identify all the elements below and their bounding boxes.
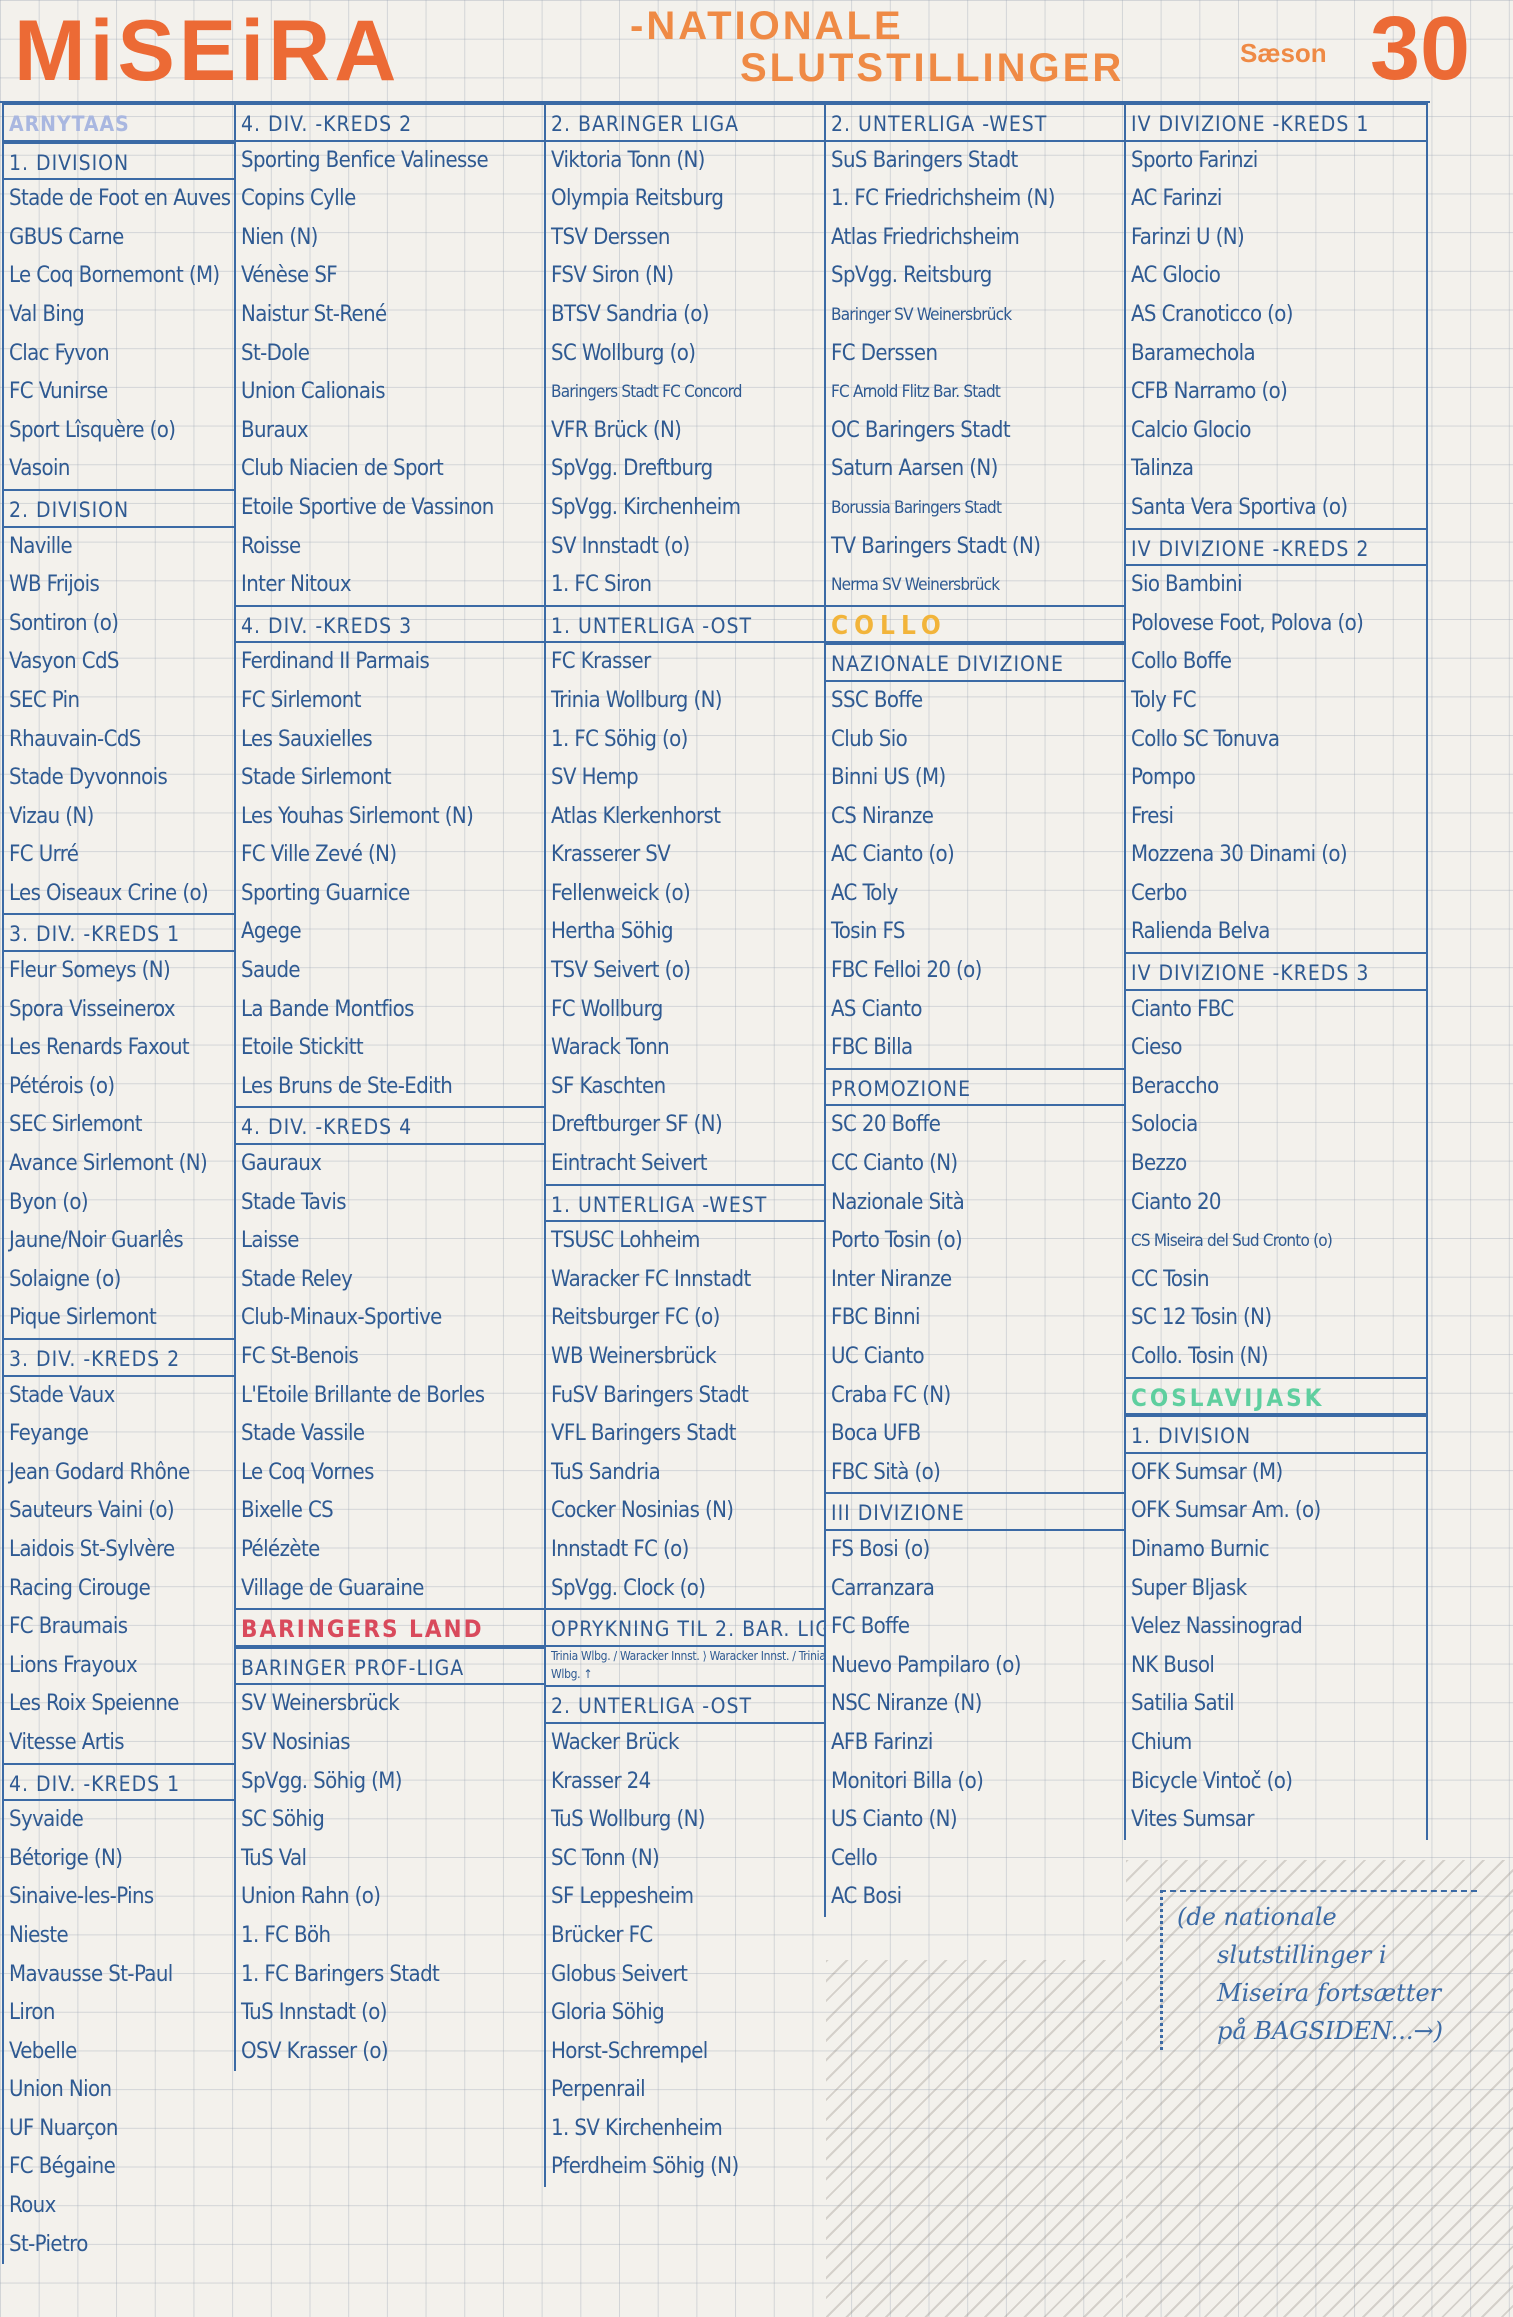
team-entry: Laisse <box>236 1222 546 1261</box>
team-entry: FC Wollburg <box>546 991 826 1030</box>
team-entry: CC Tosin <box>1126 1261 1426 1300</box>
standings-column-1: ARNYTAAS1. DIVISIONStade de Foot en Auve… <box>2 103 236 2264</box>
division-header: IV DIVIZIONE -KREDS 2 <box>1126 528 1426 567</box>
team-entry: Bezzo <box>1126 1145 1426 1184</box>
team-entry: 1. SV Kirchenheim <box>546 2110 826 2149</box>
team-entry: Fresi <box>1126 798 1426 837</box>
team-entry: Club Niacien de Sport <box>236 450 546 489</box>
team-entry: Byon (o) <box>4 1184 236 1223</box>
season-number: 30 <box>1370 4 1470 94</box>
footnote-line-1: (de nationale <box>1177 1898 1477 1936</box>
team-entry: Krasserer SV <box>546 836 826 875</box>
team-entry: SEC Pin <box>4 682 236 721</box>
team-entry: Collo SC Tonuva <box>1126 721 1426 760</box>
team-entry: Stade Dyvonnois <box>4 759 236 798</box>
team-entry: Nazionale Sità <box>826 1184 1126 1223</box>
team-entry: Val Bing <box>4 296 236 335</box>
team-entry: Vasyon CdS <box>4 643 236 682</box>
team-entry: Stade Reley <box>236 1261 546 1300</box>
team-entry: WB Weinersbrück <box>546 1338 826 1377</box>
team-entry: Spora Visseinerox <box>4 991 236 1030</box>
team-entry: Lions Frayoux <box>4 1647 236 1686</box>
team-entry: Sauteurs Vaini (o) <box>4 1492 236 1531</box>
team-entry: Globus Seivert <box>546 1956 826 1995</box>
team-entry: Dinamo Burnic <box>1126 1531 1426 1570</box>
team-entry: Ferdinand II Parmais <box>236 643 546 682</box>
team-entry: Vizau (N) <box>4 798 236 837</box>
team-entry: AC Toly <box>826 875 1126 914</box>
team-entry: Stade Sirlemont <box>236 759 546 798</box>
team-entry: Ralienda Belva <box>1126 913 1426 952</box>
team-entry: NK Busol <box>1126 1647 1426 1686</box>
team-entry: Sinaive-les-Pins <box>4 1878 236 1917</box>
team-entry: FC Urré <box>4 836 236 875</box>
team-entry: Stade de Foot en Auves <box>4 180 236 219</box>
team-entry: Stade Vaux <box>4 1377 236 1416</box>
division-header: PROMOZIONE <box>826 1068 1126 1107</box>
division-header: 1. UNTERLIGA -OST <box>546 605 826 644</box>
team-entry: Village de Guaraine <box>236 1570 546 1609</box>
playoff-note: Trinia Wlbg. / Waracker Innst. ⟩ Waracke… <box>546 1647 826 1686</box>
team-entry: Sporting Benfice Valinesse <box>236 142 546 181</box>
team-entry: Le Coq Bornemont (M) <box>4 257 236 296</box>
team-entry: Farinzi U (N) <box>1126 219 1426 258</box>
team-entry: Jean Godard Rhône <box>4 1454 236 1493</box>
team-entry: 1. FC Baringers Stadt <box>236 1956 546 1995</box>
division-header: NAZIONALE DIVIZIONE <box>826 643 1126 682</box>
team-entry: FC Vunirse <box>4 373 236 412</box>
team-entry: Mozzena 30 Dinami (o) <box>1126 836 1426 875</box>
team-entry: Collo Boffe <box>1126 643 1426 682</box>
team-entry: Saude <box>236 952 546 991</box>
team-entry: AC Bosi <box>826 1878 1126 1917</box>
team-entry: Les Sauxielles <box>236 721 546 760</box>
team-entry: TuS Wollburg (N) <box>546 1801 826 1840</box>
team-entry: SpVgg. Clock (o) <box>546 1570 826 1609</box>
team-entry: Nien (N) <box>236 219 546 258</box>
team-entry: Nerma SV Weinersbrück <box>826 566 1126 605</box>
team-entry: La Bande Montfios <box>236 991 546 1030</box>
page-subtitle-line2: SLUTSTILLINGER <box>740 48 1124 88</box>
team-entry: Racing Cirouge <box>4 1570 236 1609</box>
team-entry: Buraux <box>236 412 546 451</box>
team-entry: Baringers Stadt FC Concord <box>546 373 826 412</box>
team-entry: Gauraux <box>236 1145 546 1184</box>
team-entry: Cieso <box>1126 1029 1426 1068</box>
team-entry: Sporting Guarnice <box>236 875 546 914</box>
team-entry: Avance Sirlemont (N) <box>4 1145 236 1184</box>
team-entry: Super Bljask <box>1126 1570 1426 1609</box>
team-entry: AS Cianto <box>826 991 1126 1030</box>
team-entry: Hertha Söhig <box>546 913 826 952</box>
team-entry: Vites Sumsar <box>1126 1801 1426 1840</box>
standings-column-3: 2. BARINGER LIGAViktoria Tonn (N)Olympia… <box>544 103 826 2187</box>
team-entry: St-Pietro <box>4 2226 236 2265</box>
division-header: BARINGER PROF-LIGA <box>236 1647 546 1686</box>
team-entry: VFL Baringers Stadt <box>546 1415 826 1454</box>
team-entry: Trinia Wollburg (N) <box>546 682 826 721</box>
team-entry: Union Nion <box>4 2071 236 2110</box>
team-entry: NSC Niranze (N) <box>826 1685 1126 1724</box>
team-entry: VFR Brück (N) <box>546 412 826 451</box>
team-entry: Krasser 24 <box>546 1763 826 1802</box>
team-entry: Perpenrail <box>546 2071 826 2110</box>
team-entry: SV Weinersbrück <box>236 1685 546 1724</box>
team-entry: Les Renards Faxout <box>4 1029 236 1068</box>
page-subtitle-line1: -NATIONALE <box>630 6 904 46</box>
team-entry: Monitori Billa (o) <box>826 1763 1126 1802</box>
team-entry: Baringer SV Weinersbrück <box>826 296 1126 335</box>
team-entry: Solaigne (o) <box>4 1261 236 1300</box>
team-entry: Atlas Klerkenhorst <box>546 798 826 837</box>
division-header: IV DIVIZIONE -KREDS 3 <box>1126 952 1426 991</box>
team-entry: FC St-Benois <box>236 1338 546 1377</box>
team-entry: Laidois St-Sylvère <box>4 1531 236 1570</box>
team-entry: Liron <box>4 1994 236 2033</box>
team-entry: Viktoria Tonn (N) <box>546 142 826 181</box>
team-entry: Mavausse St-Paul <box>4 1956 236 1995</box>
team-entry: SpVgg. Reitsburg <box>826 257 1126 296</box>
team-entry: TuS Sandria <box>546 1454 826 1493</box>
team-entry: Santa Vera Sportiva (o) <box>1126 489 1426 528</box>
team-entry: Vitesse Artis <box>4 1724 236 1763</box>
team-entry: CC Cianto (N) <box>826 1145 1126 1184</box>
division-header: 4. DIV. -KREDS 1 <box>4 1763 236 1802</box>
country-header: BARINGERS LAND <box>236 1608 546 1647</box>
team-entry: OSV Krasser (o) <box>236 2033 546 2072</box>
division-header: 1. DIVISION <box>1126 1415 1426 1454</box>
team-entry: AFB Farinzi <box>826 1724 1126 1763</box>
team-entry: Jaune/Noir Guarlês <box>4 1222 236 1261</box>
team-entry: SC Söhig <box>236 1801 546 1840</box>
page-title: MiSEiRA <box>14 8 400 94</box>
team-entry: FSV Siron (N) <box>546 257 826 296</box>
division-header: III DIVIZIONE <box>826 1492 1126 1531</box>
season-label: Sæson <box>1240 38 1327 69</box>
team-entry: AS Cranoticco (o) <box>1126 296 1426 335</box>
team-entry: Syvaide <box>4 1801 236 1840</box>
team-entry: OFK Sumsar (M) <box>1126 1454 1426 1493</box>
team-entry: Craba FC (N) <box>826 1377 1126 1416</box>
team-entry: Cerbo <box>1126 875 1426 914</box>
division-header: 4. DIV. -KREDS 3 <box>236 605 546 644</box>
team-entry: Bixelle CS <box>236 1492 546 1531</box>
division-header: IV DIVIZIONE -KREDS 1 <box>1126 103 1426 142</box>
team-entry: SV Nosinias <box>236 1724 546 1763</box>
team-entry: Club Sio <box>826 721 1126 760</box>
division-header: 4. DIV. -KREDS 4 <box>236 1106 546 1145</box>
team-entry: Union Rahn (o) <box>236 1878 546 1917</box>
team-entry: SSC Boffe <box>826 682 1126 721</box>
team-entry: GBUS Carne <box>4 219 236 258</box>
division-header: ARNYTAAS <box>4 103 236 142</box>
team-entry: Pélézète <box>236 1531 546 1570</box>
team-entry: Club-Minaux-Sportive <box>236 1299 546 1338</box>
team-entry: Vasoin <box>4 450 236 489</box>
team-entry: Stade Vassile <box>236 1415 546 1454</box>
team-entry: AC Farinzi <box>1126 180 1426 219</box>
standings-column-5: IV DIVIZIONE -KREDS 1Sporto FarinziAC Fa… <box>1124 103 1428 1840</box>
team-entry: Union Calionais <box>236 373 546 412</box>
team-entry: Porto Tosin (o) <box>826 1222 1126 1261</box>
team-entry: Olympia Reitsburg <box>546 180 826 219</box>
footnote-line-2: slutstillinger i <box>1177 1936 1477 1974</box>
team-entry: Binni US (M) <box>826 759 1126 798</box>
team-entry: Cianto 20 <box>1126 1184 1426 1223</box>
team-entry: Cianto FBC <box>1126 991 1426 1030</box>
team-entry: Wacker Brück <box>546 1724 826 1763</box>
team-entry: OC Baringers Stadt <box>826 412 1126 451</box>
team-entry: SF Leppesheim <box>546 1878 826 1917</box>
team-entry: 1. FC Friedrichsheim (N) <box>826 180 1126 219</box>
team-entry: Inter Niranze <box>826 1261 1126 1300</box>
team-entry: FC Arnold Flitz Bar. Stadt <box>826 373 1126 412</box>
team-entry: FC Ville Zevé (N) <box>236 836 546 875</box>
team-entry: SC 12 Tosin (N) <box>1126 1299 1426 1338</box>
team-entry: FC Bégaine <box>4 2148 236 2187</box>
team-entry: Pompo <box>1126 759 1426 798</box>
footnote: (de nationale slutstillinger i Miseira f… <box>1160 1890 1477 2050</box>
team-entry: Cello <box>826 1840 1126 1879</box>
team-entry: Waracker FC Innstadt <box>546 1261 826 1300</box>
standings-column-4: 2. UNTERLIGA -WESTSuS Baringers Stadt1. … <box>824 103 1126 1917</box>
team-entry: SpVgg. Kirchenheim <box>546 489 826 528</box>
team-entry: Bicycle Vintoč (o) <box>1126 1763 1426 1802</box>
division-header: 2. UNTERLIGA -OST <box>546 1685 826 1724</box>
division-header: 3. DIV. -KREDS 1 <box>4 913 236 952</box>
team-entry: Sio Bambini <box>1126 566 1426 605</box>
team-entry: Sport Lîsquère (o) <box>4 412 236 451</box>
team-entry: Le Coq Vornes <box>236 1454 546 1493</box>
division-header: 4. DIV. -KREDS 2 <box>236 103 546 142</box>
team-entry: Les Roix Speienne <box>4 1685 236 1724</box>
team-entry: Warack Tonn <box>546 1029 826 1068</box>
team-entry: Nuevo Pampilaro (o) <box>826 1647 1126 1686</box>
team-entry: FC Boffe <box>826 1608 1126 1647</box>
team-entry: Beraccho <box>1126 1068 1426 1107</box>
team-entry: Vénèse SF <box>236 257 546 296</box>
team-entry: Etoile Stickitt <box>236 1029 546 1068</box>
team-entry: St-Dole <box>236 335 546 374</box>
team-entry: Les Oiseaux Crine (o) <box>4 875 236 914</box>
team-entry: SV Innstadt (o) <box>546 528 826 567</box>
team-entry: SV Hemp <box>546 759 826 798</box>
team-entry: Velez Nassinograd <box>1126 1608 1426 1647</box>
team-entry: TV Baringers Stadt (N) <box>826 528 1126 567</box>
footnote-line-4: på BAGSIDEN...→) <box>1177 2012 1477 2050</box>
team-entry: FBC Billa <box>826 1029 1126 1068</box>
team-entry: Sontiron (o) <box>4 605 236 644</box>
team-entry: FC Derssen <box>826 335 1126 374</box>
team-entry: WB Frijois <box>4 566 236 605</box>
team-entry: Copins Cylle <box>236 180 546 219</box>
team-entry: Clac Fyvon <box>4 335 236 374</box>
team-entry: SuS Baringers Stadt <box>826 142 1126 181</box>
team-entry: TuS Innstadt (o) <box>236 1994 546 2033</box>
team-entry: Reitsburger FC (o) <box>546 1299 826 1338</box>
team-entry: Pique Sirlemont <box>4 1299 236 1338</box>
team-entry: FC Krasser <box>546 643 826 682</box>
team-entry: Borussia Baringers Stadt <box>826 489 1126 528</box>
team-entry: TSV Seivert (o) <box>546 952 826 991</box>
division-header: 1. DIVISION <box>4 142 236 181</box>
team-entry: Carranzara <box>826 1570 1126 1609</box>
team-entry: SpVgg. Söhig (M) <box>236 1763 546 1802</box>
team-entry: Roisse <box>236 528 546 567</box>
team-entry: Fellenweick (o) <box>546 875 826 914</box>
team-entry: FS Bosi (o) <box>826 1531 1126 1570</box>
team-entry: Eintracht Seivert <box>546 1145 826 1184</box>
country-header: COSLAVIJASK <box>1126 1377 1426 1416</box>
team-entry: Naistur St-René <box>236 296 546 335</box>
team-entry: BTSV Sandria (o) <box>546 296 826 335</box>
division-header: 3. DIV. -KREDS 2 <box>4 1338 236 1377</box>
team-entry: AC Cianto (o) <box>826 836 1126 875</box>
team-entry: OFK Sumsar Am. (o) <box>1126 1492 1426 1531</box>
team-entry: Saturn Aarsen (N) <box>826 450 1126 489</box>
team-entry: Gloria Söhig <box>546 1994 826 2033</box>
team-entry: Agege <box>236 913 546 952</box>
team-entry: Les Youhas Sirlemont (N) <box>236 798 546 837</box>
team-entry: Fleur Someys (N) <box>4 952 236 991</box>
team-entry: Satilia Satil <box>1126 1685 1426 1724</box>
team-entry: Tosin FS <box>826 913 1126 952</box>
team-entry: Collo. Tosin (N) <box>1126 1338 1426 1377</box>
team-entry: CS Niranze <box>826 798 1126 837</box>
team-entry: Baramechola <box>1126 335 1426 374</box>
team-entry: Boca UFB <box>826 1415 1126 1454</box>
team-entry: FC Sirlemont <box>236 682 546 721</box>
team-entry: UF Nuarçon <box>4 2110 236 2149</box>
team-entry: Calcio Glocio <box>1126 412 1426 451</box>
team-entry: Solocia <box>1126 1106 1426 1145</box>
team-entry: Atlas Friedrichsheim <box>826 219 1126 258</box>
section-header: OPRYKNING TIL 2. BAR. LIGA <box>546 1608 826 1647</box>
hatched-area-col4 <box>826 1960 1122 2317</box>
team-entry: Pétérois (o) <box>4 1068 236 1107</box>
team-entry: Polovese Foot, Polova (o) <box>1126 605 1426 644</box>
footnote-line-3: Miseira fortsætter <box>1177 1974 1477 2012</box>
team-entry: SpVgg. Dreftburg <box>546 450 826 489</box>
team-entry: L'Etoile Brillante de Borles <box>236 1377 546 1416</box>
team-entry: Etoile Sportive de Vassinon <box>236 489 546 528</box>
team-entry: CFB Narramo (o) <box>1126 373 1426 412</box>
team-entry: FC Braumais <box>4 1608 236 1647</box>
team-entry: Roux <box>4 2187 236 2226</box>
team-entry: Naville <box>4 528 236 567</box>
team-entry: Feyange <box>4 1415 236 1454</box>
team-entry: Chium <box>1126 1724 1426 1763</box>
team-entry: Horst-Schrempel <box>546 2033 826 2072</box>
team-entry: SEC Sirlemont <box>4 1106 236 1145</box>
team-entry: Talinza <box>1126 450 1426 489</box>
team-entry: SC 20 Boffe <box>826 1106 1126 1145</box>
team-entry: Sporto Farinzi <box>1126 142 1426 181</box>
country-header: COLLO <box>826 605 1126 644</box>
team-entry: AC Glocio <box>1126 257 1426 296</box>
team-entry: FBC Sità (o) <box>826 1454 1126 1493</box>
team-entry: Rhauvain-CdS <box>4 721 236 760</box>
division-header: 1. UNTERLIGA -WEST <box>546 1184 826 1223</box>
team-entry: TuS Val <box>236 1840 546 1879</box>
team-entry: Toly FC <box>1126 682 1426 721</box>
team-entry: Stade Tavis <box>236 1184 546 1223</box>
team-entry: Nieste <box>4 1917 236 1956</box>
team-entry: TSV Derssen <box>546 219 826 258</box>
team-entry: TSUSC Lohheim <box>546 1222 826 1261</box>
team-entry: 1. FC Siron <box>546 566 826 605</box>
team-entry: SC Wollburg (o) <box>546 335 826 374</box>
standings-column-2: 4. DIV. -KREDS 2Sporting Benfice Valines… <box>234 103 546 2071</box>
team-entry: UC Cianto <box>826 1338 1126 1377</box>
team-entry: FuSV Baringers Stadt <box>546 1377 826 1416</box>
team-entry: FBC Binni <box>826 1299 1126 1338</box>
team-entry: Dreftburger SF (N) <box>546 1106 826 1145</box>
team-entry: 1. FC Söhig (o) <box>546 721 826 760</box>
team-entry: US Cianto (N) <box>826 1801 1126 1840</box>
team-entry: Bétorige (N) <box>4 1840 236 1879</box>
team-entry: Inter Nitoux <box>236 566 546 605</box>
team-entry: FBC Felloi 20 (o) <box>826 952 1126 991</box>
team-entry: CS Miseira del Sud Cronto (o) <box>1126 1222 1426 1261</box>
team-entry: Vebelle <box>4 2033 236 2072</box>
team-entry: Innstadt FC (o) <box>546 1531 826 1570</box>
division-header: 2. DIVISION <box>4 489 236 528</box>
team-entry: SF Kaschten <box>546 1068 826 1107</box>
division-header: 2. UNTERLIGA -WEST <box>826 103 1126 142</box>
team-entry: SC Tonn (N) <box>546 1840 826 1879</box>
team-entry: Brücker FC <box>546 1917 826 1956</box>
team-entry: Les Bruns de Ste-Edith <box>236 1068 546 1107</box>
team-entry: 1. FC Böh <box>236 1917 546 1956</box>
division-header: 2. BARINGER LIGA <box>546 103 826 142</box>
team-entry: Pferdheim Söhig (N) <box>546 2148 826 2187</box>
team-entry: Cocker Nosinias (N) <box>546 1492 826 1531</box>
